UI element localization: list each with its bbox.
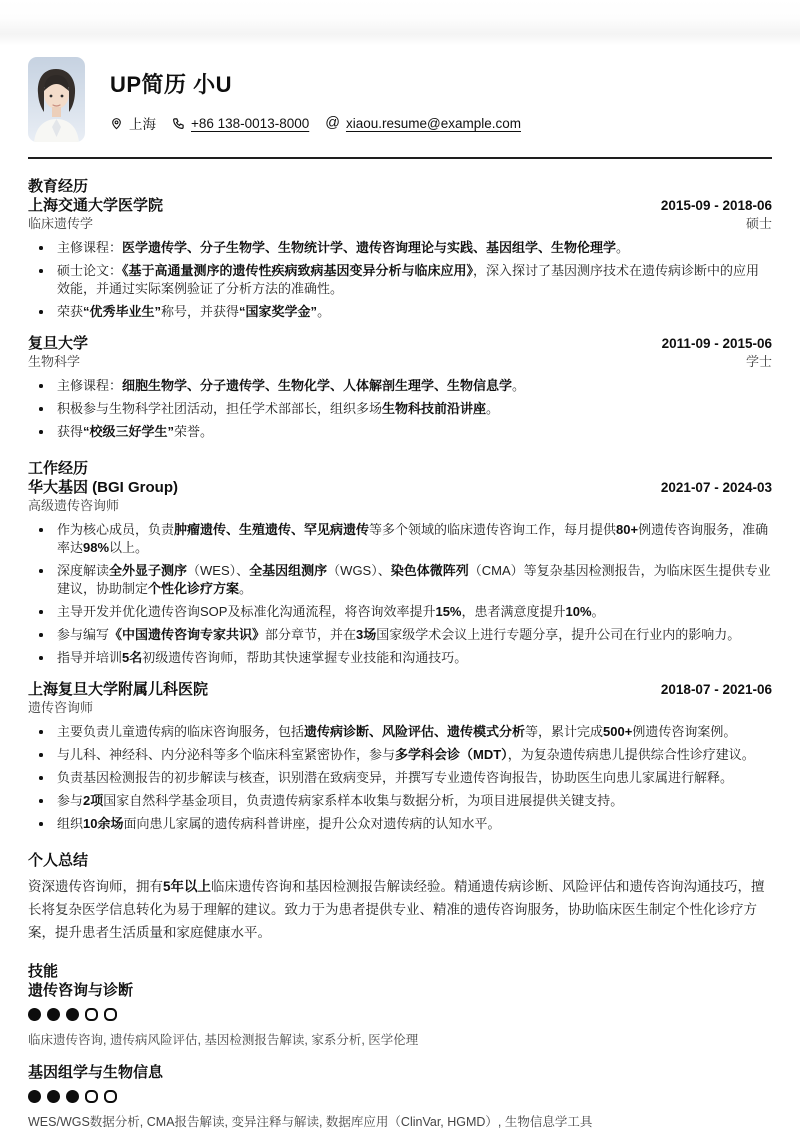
bullet-item: 参与2项国家自然科学基金项目，负责遗传病家系样本收集与数据分析，为项目进展提供关… <box>28 792 772 810</box>
level-dot-empty <box>104 1090 117 1103</box>
bullet-item: 指导并培训5名初级遗传咨询师，帮助其快速掌握专业技能和沟通技巧。 <box>28 649 772 667</box>
bold-text-run: 细胞生物学、分子遗传学、生物化学、人体解剖生理学、生物信息学 <box>122 378 512 393</box>
text-run: 参与 <box>57 793 83 808</box>
bold-text-run: 15% <box>435 604 461 619</box>
text-run: 负责基因检测报告的初步解读与核查，识别潜在致病变异，并撰写专业遗传咨询报告，协助… <box>57 770 733 785</box>
phone-link[interactable]: +86 138-0013-8000 <box>191 116 309 131</box>
bullet-item: 积极参与生物科学社团活动，担任学术部部长，组织多场生物科技前沿讲座。 <box>28 400 772 418</box>
entry-header: 上海交通大学医学院2015-09 - 2018-06 <box>28 196 772 215</box>
email-link[interactable]: xiaou.resume@example.com <box>346 116 521 131</box>
entry-subheader: 遗传咨询师 <box>28 700 772 716</box>
text-run: ，为复杂遗传病患儿提供综合性诊疗建议。 <box>508 747 755 762</box>
email-at-icon: @ <box>325 115 340 131</box>
bullet-item: 作为核心成员，负责肿瘤遗传、生殖遗传、罕见病遗传等多个领域的临床遗传咨询工作，每… <box>28 521 772 557</box>
bullet-list: 作为核心成员，负责肿瘤遗传、生殖遗传、罕见病遗传等多个领域的临床遗传咨询工作，每… <box>28 521 772 667</box>
bold-text-run: 3场 <box>356 627 376 642</box>
text-run: 作为核心成员，负责 <box>57 522 174 537</box>
text-run: 。 <box>239 581 252 596</box>
text-run: 国家级学术会议上进行专题分享，提升公司在行业内的影响力。 <box>376 627 740 642</box>
section-work: 工作经历华大基因 (BGI Group)2021-07 - 2024-03高级遗… <box>28 459 772 833</box>
bullet-item: 硕士论文：《基于高通量测序的遗传性疾病致病基因变异分析与临床应用》，深入探讨了基… <box>28 262 772 298</box>
entry-header: 华大基因 (BGI Group)2021-07 - 2024-03 <box>28 478 772 497</box>
bold-text-run: 2项 <box>83 793 103 808</box>
text-run: 与儿科、神经科、内分泌科等多个临床科室紧密协作，参与 <box>57 747 395 762</box>
text-run: 。 <box>486 401 499 416</box>
profile-photo-illustration <box>28 57 85 142</box>
entry-subheader: 生物科学学士 <box>28 354 772 370</box>
skill-group: 基因组学与生物信息WES/WGS数据分析, CMA报告解读, 变异注释与解读, … <box>28 1063 772 1130</box>
bullet-item: 主修课程：细胞生物学、分子遗传学、生物化学、人体解剖生理学、生物信息学。 <box>28 377 772 395</box>
degree: 硕士 <box>746 216 772 232</box>
bullet-item: 荣获“优秀毕业生”称号，并获得“国家奖学金”。 <box>28 303 772 321</box>
organization-name: 复旦大学 <box>28 334 88 353</box>
text-run: 主导开发并优化遗传咨询SOP及标准化沟通流程，将咨询效率提升 <box>57 604 435 619</box>
text-run: 硕士论文： <box>57 263 122 278</box>
section-summary: 个人总结资深遗传咨询师，拥有5年以上临床遗传咨询和基因检测报告解读经验。精通遗传… <box>28 851 772 944</box>
entry-header: 复旦大学2011-09 - 2015-06 <box>28 334 772 353</box>
bold-text-run: 5年以上 <box>163 879 211 894</box>
summary-text: 资深遗传咨询师，拥有5年以上临床遗传咨询和基因检测报告解读经验。精通遗传病诊断、… <box>28 875 772 944</box>
organization-name: 上海复旦大学附属儿科医院 <box>28 680 208 699</box>
bold-text-run: 全基因组测序 <box>249 563 327 578</box>
location-text: 上海 <box>129 113 156 133</box>
bold-text-run: 80+ <box>616 522 638 537</box>
skill-detail: 临床遗传咨询, 遗传病风险评估, 基因检测报告解读, 家系分析, 医学伦理 <box>28 1030 772 1048</box>
text-run: 资深遗传咨询师，拥有 <box>28 879 163 894</box>
phone-item: +86 138-0013-8000 <box>172 116 309 131</box>
text-run: 荣誉。 <box>174 424 213 439</box>
text-run: 等，累计完成 <box>525 724 603 739</box>
resume-body: 教育经历上海交通大学医学院2015-09 - 2018-06临床遗传学硕士主修课… <box>28 177 772 1130</box>
skill-level-dots <box>28 1008 772 1021</box>
skill-group: 遗传咨询与诊断临床遗传咨询, 遗传病风险评估, 基因检测报告解读, 家系分析, … <box>28 981 772 1048</box>
bullet-item: 参与编写《中国遗传咨询专家共识》部分章节，并在3场国家级学术会议上进行专题分享，… <box>28 626 772 644</box>
entry: 上海交通大学医学院2015-09 - 2018-06临床遗传学硕士主修课程：医学… <box>28 196 772 321</box>
bold-text-run: 染色体微阵列 <box>391 563 469 578</box>
role-or-major: 遗传咨询师 <box>28 700 93 716</box>
date-range: 2011-09 - 2015-06 <box>662 336 772 351</box>
text-run: 称号，并获得 <box>161 304 239 319</box>
bullet-item: 主导开发并优化遗传咨询SOP及标准化沟通流程，将咨询效率提升15%，患者满意度提… <box>28 603 772 621</box>
text-run: 获得 <box>57 424 83 439</box>
bullet-item: 主要负责儿童遗传病的临床咨询服务，包括遗传病诊断、风险评估、遗传模式分析等，累计… <box>28 723 772 741</box>
level-dot-empty <box>85 1090 98 1103</box>
date-range: 2015-09 - 2018-06 <box>661 198 772 213</box>
text-run: 部分章节，并在 <box>265 627 356 642</box>
contact-row: 上海 +86 138-0013-8000 @ xiaou.resume@exam… <box>110 113 521 133</box>
text-run: 。 <box>317 304 330 319</box>
bullet-item: 负责基因检测报告的初步解读与核查，识别潜在致病变异，并撰写专业遗传咨询报告，协助… <box>28 769 772 787</box>
text-run: 初级遗传咨询师，帮助其快速掌握专业技能和沟通技巧。 <box>142 650 467 665</box>
text-run: 。 <box>616 240 629 255</box>
resume-page: UP简历 小U 上海 +86 138-0013-8000 <box>0 0 800 1130</box>
text-run: （WGS）、 <box>327 563 391 578</box>
role-or-major: 临床遗传学 <box>28 216 93 232</box>
entry-header: 上海复旦大学附属儿科医院2018-07 - 2021-06 <box>28 680 772 699</box>
bullet-item: 与儿科、神经科、内分泌科等多个临床科室紧密协作，参与多学科会诊（MDT），为复杂… <box>28 746 772 764</box>
bold-text-run: 10余场 <box>83 816 123 831</box>
text-run: 主修课程： <box>57 240 122 255</box>
text-run: 主要负责儿童遗传病的临床咨询服务，包括 <box>57 724 304 739</box>
text-run: 荣获 <box>57 304 83 319</box>
text-run: ，患者满意度提升 <box>462 604 566 619</box>
text-run: 深度解读 <box>57 563 109 578</box>
text-run: 组织 <box>57 816 83 831</box>
section-education: 教育经历上海交通大学医学院2015-09 - 2018-06临床遗传学硕士主修课… <box>28 177 772 441</box>
bold-text-run: 10% <box>566 604 592 619</box>
date-range: 2018-07 - 2021-06 <box>661 682 772 697</box>
entry-subheader: 高级遗传咨询师 <box>28 498 772 514</box>
bullet-item: 主修课程：医学遗传学、分子生物学、生物统计学、遗传咨询理论与实践、基因组学、生物… <box>28 239 772 257</box>
skill-name: 遗传咨询与诊断 <box>28 981 772 1000</box>
text-run: 国家自然科学基金项目，负责遗传病家系样本收集与数据分析，为项目进展提供关键支持。 <box>103 793 623 808</box>
email-item: @ xiaou.resume@example.com <box>325 115 521 131</box>
section-title-summary: 个人总结 <box>28 851 772 870</box>
level-dot-filled <box>28 1090 41 1103</box>
level-dot-filled <box>28 1008 41 1021</box>
location-pin-icon <box>110 116 123 131</box>
bold-text-run: 500+ <box>603 724 632 739</box>
bullet-item: 深度解读全外显子测序（WES）、全基因组测序（WGS）、染色体微阵列（CMA）等… <box>28 562 772 598</box>
section-title-skills: 技能 <box>28 962 772 981</box>
organization-name: 华大基因 (BGI Group) <box>28 478 178 497</box>
level-dot-empty <box>85 1008 98 1021</box>
level-dot-filled <box>47 1008 60 1021</box>
bullet-list: 主要负责儿童遗传病的临床咨询服务，包括遗传病诊断、风险评估、遗传模式分析等，累计… <box>28 723 772 833</box>
date-range: 2021-07 - 2024-03 <box>661 480 772 495</box>
skill-detail: WES/WGS数据分析, CMA报告解读, 变异注释与解读, 数据库应用（Cli… <box>28 1112 772 1130</box>
entry: 复旦大学2011-09 - 2015-06生物科学学士主修课程：细胞生物学、分子… <box>28 334 772 441</box>
role-or-major: 高级遗传咨询师 <box>28 498 119 514</box>
bullet-list: 主修课程：医学遗传学、分子生物学、生物统计学、遗传咨询理论与实践、基因组学、生物… <box>28 239 772 321</box>
bullet-item: 获得“校级三好学生”荣誉。 <box>28 423 772 441</box>
bold-text-run: 生物科技前沿讲座 <box>382 401 486 416</box>
bold-text-run: 遗传病诊断、风险评估、遗传模式分析 <box>304 724 525 739</box>
bold-text-run: 医学遗传学、分子生物学、生物统计学、遗传咨询理论与实践、基因组学、生物伦理学 <box>122 240 616 255</box>
bullet-item: 组织10余场面向患儿家属的遗传病科普讲座，提升公众对遗传病的认知水平。 <box>28 815 772 833</box>
bold-text-run: 《中国遗传咨询专家共识》 <box>109 627 265 642</box>
role-or-major: 生物科学 <box>28 354 80 370</box>
level-dot-filled <box>47 1090 60 1103</box>
entry: 上海复旦大学附属儿科医院2018-07 - 2021-06遗传咨询师主要负责儿童… <box>28 680 772 833</box>
organization-name: 上海交通大学医学院 <box>28 196 163 215</box>
header-info: UP简历 小U 上海 +86 138-0013-8000 <box>110 57 521 142</box>
bold-text-run: 个性化诊疗方案 <box>148 581 239 596</box>
bold-text-run: “校级三好学生” <box>83 424 174 439</box>
bold-text-run: 5名 <box>122 650 142 665</box>
bold-text-run: 《基于高通量测序的遗传性疾病致病基因变异分析与临床应用》 <box>122 263 473 278</box>
text-run: 指导并培训 <box>57 650 122 665</box>
level-dot-empty <box>104 1008 117 1021</box>
text-run: 面向患儿家属的遗传病科普讲座，提升公众对遗传病的认知水平。 <box>123 816 500 831</box>
text-run: 参与编写 <box>57 627 109 642</box>
text-run: 以上。 <box>109 540 148 555</box>
bold-text-run: 98% <box>83 540 109 555</box>
bold-text-run: 全外显子测序 <box>109 563 187 578</box>
text-run: 例遗传咨询案例。 <box>632 724 736 739</box>
text-run: 主修课程： <box>57 378 122 393</box>
section-skills: 技能遗传咨询与诊断临床遗传咨询, 遗传病风险评估, 基因检测报告解读, 家系分析… <box>28 962 772 1130</box>
location-item: 上海 <box>110 113 156 133</box>
skill-level-dots <box>28 1090 772 1103</box>
text-run: 等多个领域的临床遗传咨询工作，每月提供 <box>369 522 616 537</box>
bold-text-run: 肿瘤遗传、生殖遗传、罕见病遗传 <box>174 522 369 537</box>
text-run: 。 <box>592 604 605 619</box>
entry-subheader: 临床遗传学硕士 <box>28 216 772 232</box>
section-title-work: 工作经历 <box>28 459 772 478</box>
skill-name: 基因组学与生物信息 <box>28 1063 772 1082</box>
degree: 学士 <box>746 354 772 370</box>
bold-text-run: “优秀毕业生” <box>83 304 161 319</box>
text-run: 积极参与生物科学社团活动，担任学术部部长，组织多场 <box>57 401 382 416</box>
section-title-education: 教育经历 <box>28 177 772 196</box>
candidate-name: UP简历 小U <box>110 68 521 99</box>
header-divider <box>28 157 772 159</box>
bullet-list: 主修课程：细胞生物学、分子遗传学、生物化学、人体解剖生理学、生物信息学。积极参与… <box>28 377 772 441</box>
level-dot-filled <box>66 1008 79 1021</box>
level-dot-filled <box>66 1090 79 1103</box>
profile-photo <box>28 57 85 142</box>
text-run: （WES）、 <box>187 563 249 578</box>
bold-text-run: “国家奖学金” <box>239 304 317 319</box>
entry: 华大基因 (BGI Group)2021-07 - 2024-03高级遗传咨询师… <box>28 478 772 667</box>
phone-icon <box>172 117 185 130</box>
text-run: 。 <box>512 378 525 393</box>
bold-text-run: 多学科会诊（MDT） <box>395 747 508 762</box>
resume-header: UP简历 小U 上海 +86 138-0013-8000 <box>28 0 772 142</box>
